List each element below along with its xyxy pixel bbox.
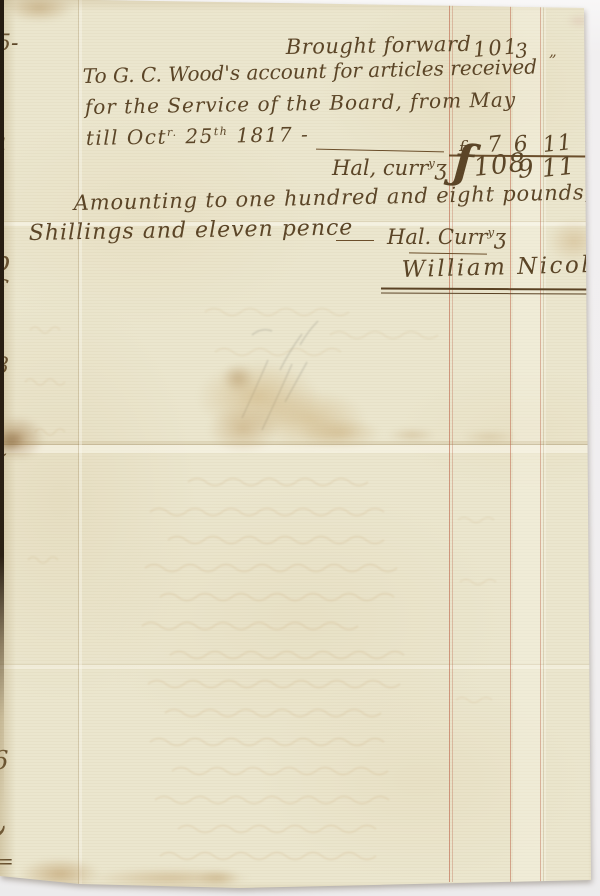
- stain-fold-1: [300, 418, 380, 448]
- stain-left-edge: [0, 416, 44, 460]
- stain-fold-3: [462, 430, 517, 444]
- ledger-column-rule-pounds: [449, 0, 450, 882]
- scanned-ledger-screenshot: { "page": { "background_color": "#f1eff0…: [0, 0, 600, 896]
- brought-forward-label: Brought forward: [286, 34, 472, 58]
- filler-dash-rule: [316, 149, 444, 153]
- halifax-closing-flourish: ʒ: [494, 225, 506, 249]
- stain-bottom-1: [20, 858, 100, 890]
- entry-text-line-1: To G. C. Wood's account for articles rec…: [83, 56, 538, 86]
- vertical-fold-crease-left: [78, 0, 82, 896]
- stain-bottom-3: [196, 870, 240, 886]
- entry-text-line-2: for the Service of the Board, from May: [85, 89, 517, 117]
- final-double-rule: [381, 287, 588, 294]
- halifax-currency-closing: Hal. Curryʒ: [387, 227, 506, 248]
- scan-left-edge-strip: [0, 0, 4, 896]
- horizontal-fold-crease-lower: [0, 664, 600, 670]
- date-year: 1817 -: [228, 122, 309, 147]
- stain-fold-2: [388, 428, 436, 442]
- date-superscript-r: r.: [167, 126, 178, 139]
- stain-top-left: [4, 0, 74, 22]
- stain-center-dark: [208, 406, 278, 452]
- signature: William Nicol: [401, 254, 591, 282]
- horizontal-fold-crease-middle: [0, 441, 600, 457]
- halifax-closing-text: Hal. Curr: [387, 225, 488, 249]
- entry-text-line-3-date: till Octr. 25th 1817 -: [86, 124, 310, 148]
- date-pre: till Oct: [86, 125, 168, 150]
- stain-center-secondary: [255, 390, 365, 448]
- date-superscript-th: th: [214, 125, 229, 138]
- total-pence: 11: [540, 153, 576, 181]
- date-day: 25: [177, 124, 214, 149]
- stain-top-right: [566, 14, 592, 28]
- paper-shadow-wrapper: Brought forward 101 3 „ To G. C. Wood's …: [0, 0, 600, 896]
- stain-center-spot: [222, 364, 254, 392]
- paper-sheet: Brought forward 101 3 „ To G. C. Wood's …: [0, 0, 600, 896]
- total-brace-glyph: ƒ: [452, 138, 475, 185]
- brought-forward-pence-ditto: „: [549, 44, 557, 59]
- halifax-label-text: Hal, curr: [332, 156, 428, 180]
- halifax-currency-label: Hal, curryʒ: [332, 158, 447, 179]
- ledger-column-rule-shillings: [510, 0, 511, 882]
- halifax-label-flourish: ʒ: [435, 156, 447, 180]
- ledger-column-rule-pounds-double: [452, 0, 453, 882]
- amount-in-words-line-2: Shillings and eleven pence: [29, 217, 354, 245]
- stain-bottom-2: [90, 868, 250, 888]
- stain-center-main: [198, 362, 318, 432]
- total-shillings: 9: [516, 155, 534, 182]
